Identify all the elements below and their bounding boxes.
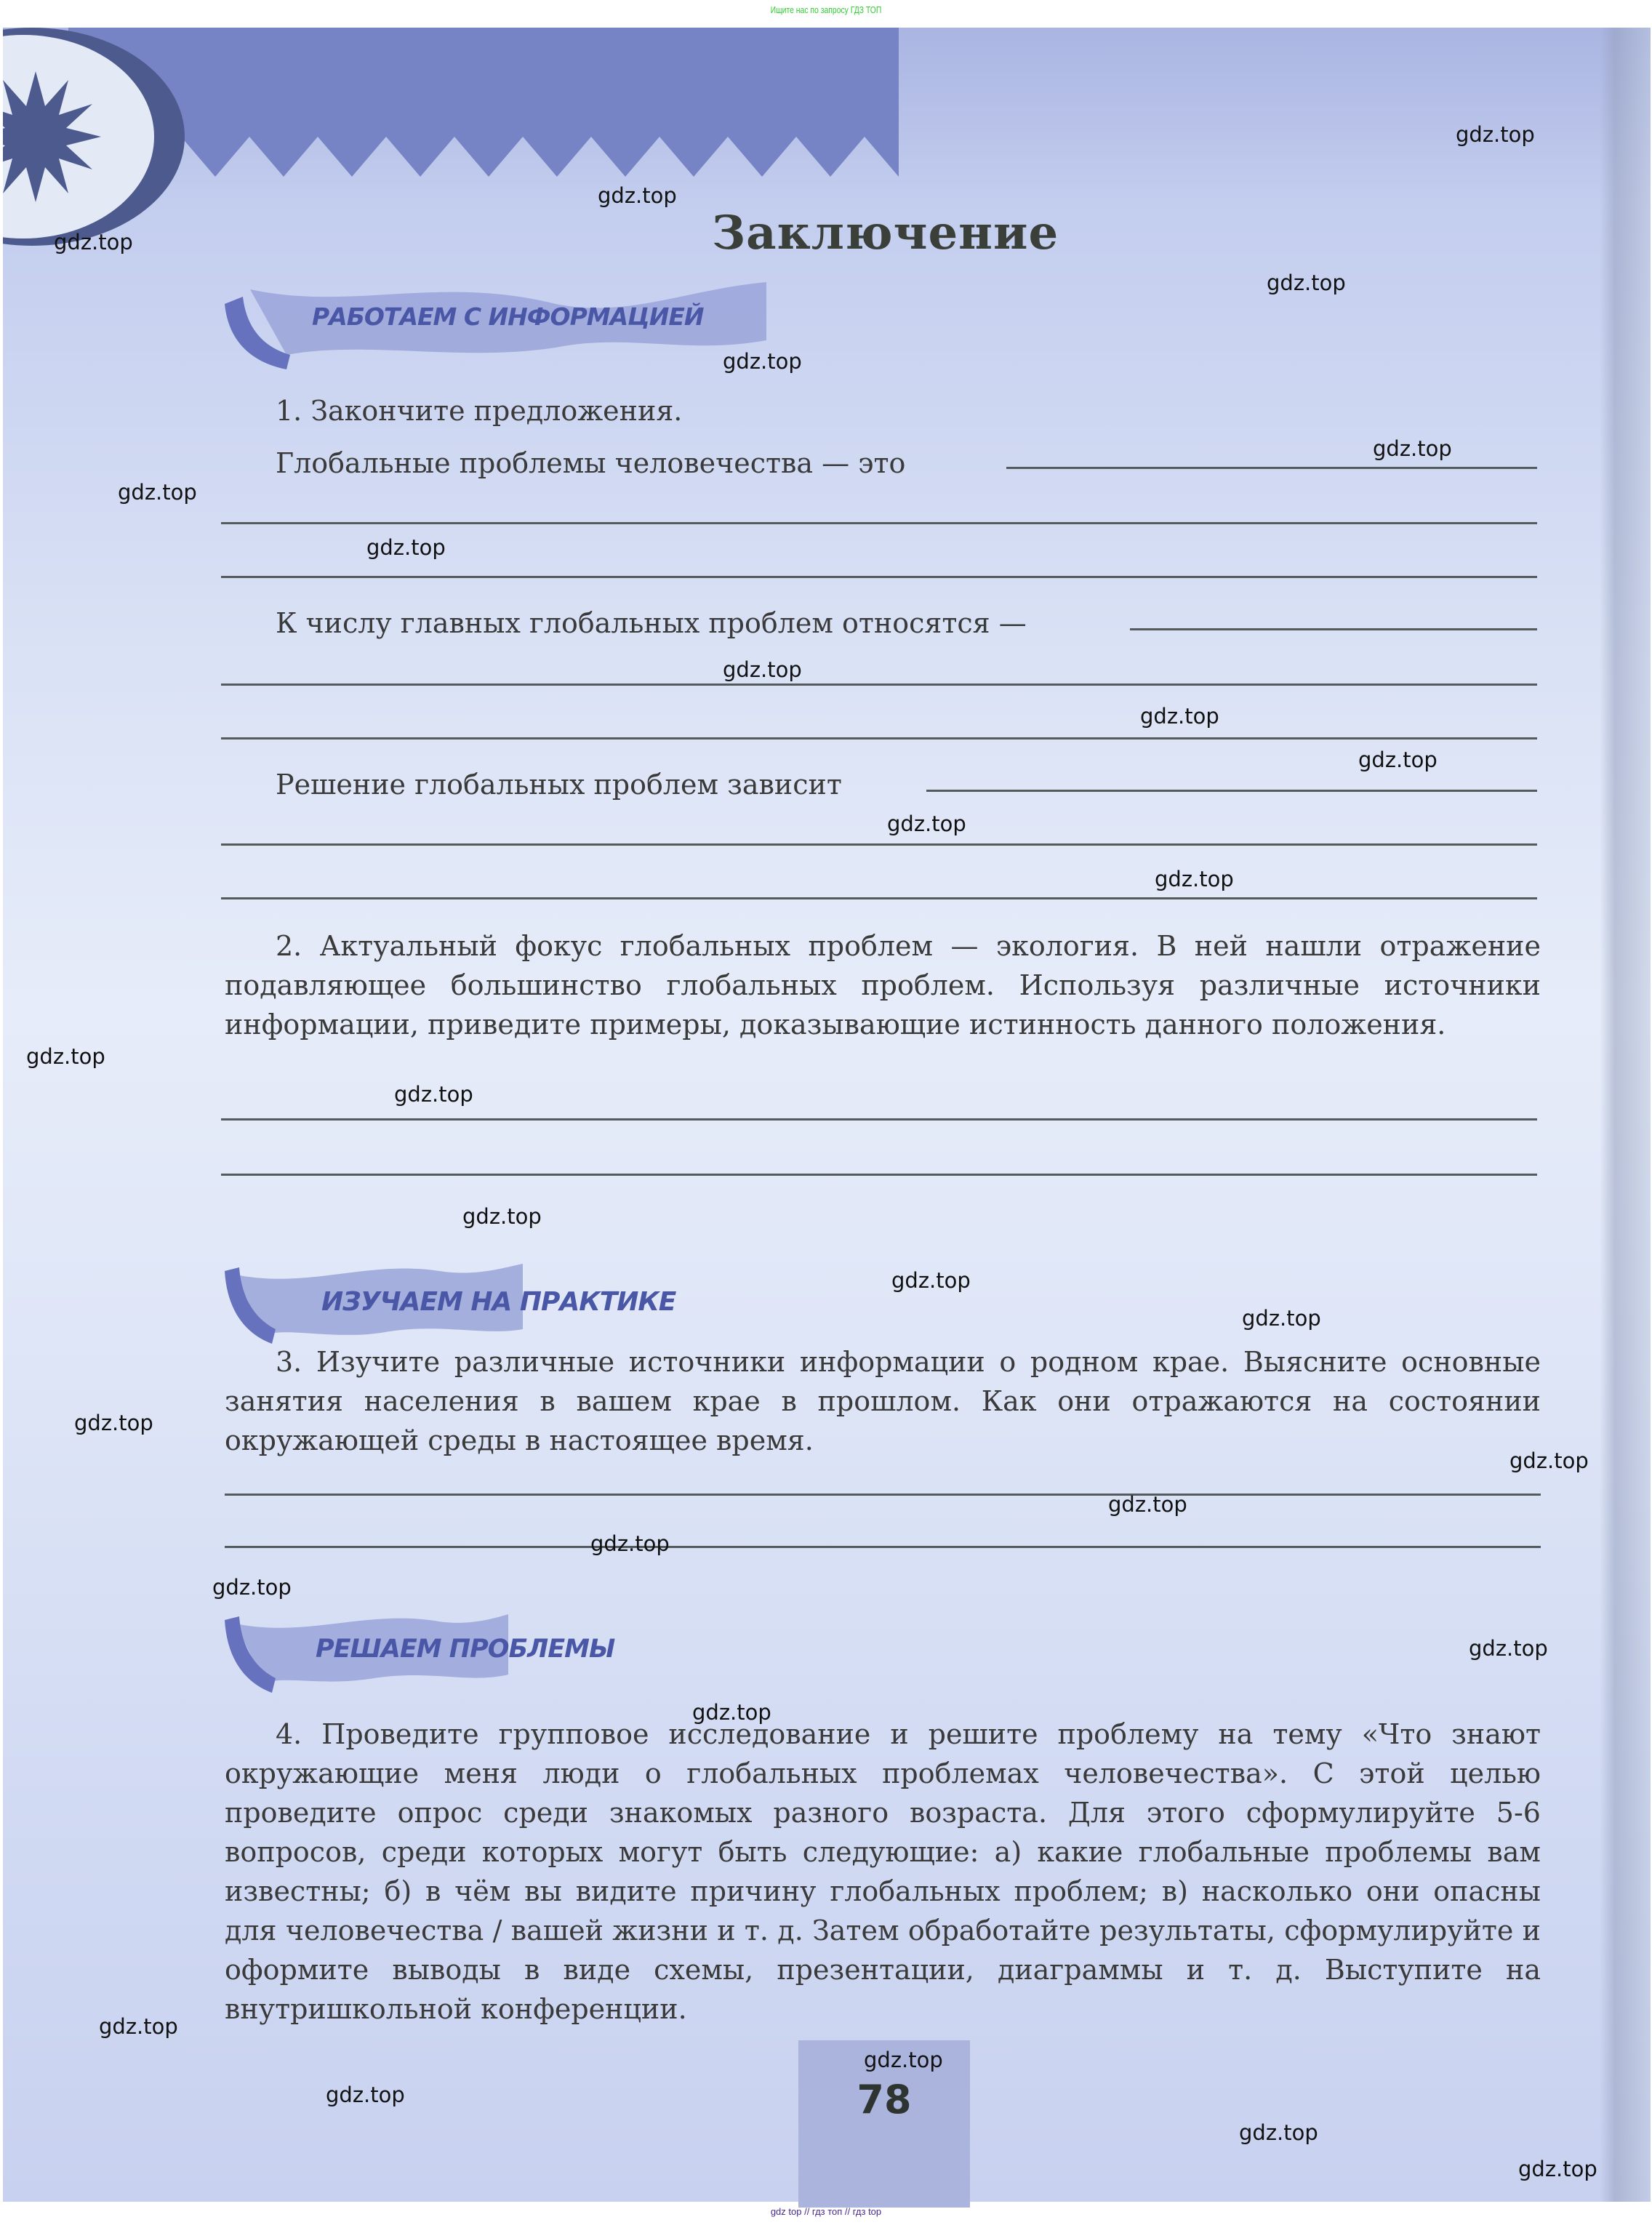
watermark: gdz.top bbox=[118, 480, 197, 505]
task-1-prompt-2: К числу главных глобальных проблем относ… bbox=[276, 604, 1027, 643]
section-heading-text: ИЗУЧАЕМ НА ПРАКТИКЕ bbox=[321, 1287, 675, 1317]
watermark: gdz.top bbox=[1373, 436, 1452, 461]
section-heading-practice: ИЗУЧАЕМ НА ПРАКТИКЕ bbox=[221, 1256, 526, 1351]
watermark: gdz.top bbox=[462, 1204, 542, 1229]
watermark: gdz.top bbox=[598, 183, 677, 208]
answer-line[interactable] bbox=[221, 576, 1537, 578]
answer-line[interactable] bbox=[221, 737, 1537, 739]
watermark: gdz.top bbox=[887, 811, 966, 836]
answer-line[interactable] bbox=[221, 843, 1537, 846]
answer-line[interactable] bbox=[221, 897, 1537, 899]
book-spine-shadow bbox=[1600, 28, 1651, 2202]
answer-line[interactable] bbox=[225, 1494, 1541, 1496]
answer-line[interactable] bbox=[221, 522, 1537, 524]
watermark: gdz.top bbox=[1456, 122, 1535, 147]
watermark: gdz.top bbox=[1518, 2157, 1597, 2181]
watermark: gdz.top bbox=[1108, 1492, 1187, 1517]
answer-line[interactable] bbox=[221, 683, 1537, 686]
answer-line[interactable] bbox=[926, 790, 1537, 792]
task-1-prompt-1: Глобальные проблемы человечества — это bbox=[276, 444, 905, 483]
answer-line[interactable] bbox=[221, 1118, 1537, 1120]
watermark: gdz.top bbox=[864, 2048, 943, 2072]
watermark: gdz.top bbox=[99, 2014, 178, 2039]
section-heading-text: РЕШАЕМ ПРОБЛЕМЫ bbox=[316, 1635, 614, 1664]
task-1-title: 1. Закончите предложения. bbox=[276, 391, 682, 430]
page-title: Заключение bbox=[712, 206, 1059, 260]
watermark: gdz.top bbox=[1267, 270, 1346, 295]
task-1-prompt-3: Решение глобальных проблем зависит bbox=[276, 765, 842, 804]
section-heading-solving-problems: РЕШАЕМ ПРОБЛЕМЫ bbox=[221, 1605, 512, 1700]
watermark: gdz.top bbox=[54, 230, 133, 254]
watermark: gdz.top bbox=[891, 1268, 971, 1293]
watermark: gdz.top bbox=[1140, 704, 1219, 729]
watermark: gdz.top bbox=[366, 535, 446, 560]
section-heading-text: РАБОТАЕМ С ИНФОРМАЦИЕЙ bbox=[312, 302, 704, 331]
watermark: gdz.top bbox=[723, 349, 802, 374]
watermark: gdz.top bbox=[326, 2082, 405, 2107]
page-number: 78 bbox=[798, 2077, 970, 2122]
watermark: gdz.top bbox=[212, 1575, 292, 1600]
watermark: gdz.top bbox=[1239, 2120, 1318, 2145]
watermark: gdz.top bbox=[74, 1411, 153, 1435]
watermark: gdz.top bbox=[1155, 867, 1234, 891]
watermark: gdz.top bbox=[1358, 747, 1438, 772]
top-bar: Ищите нас по запросу ГДЗ ТОП bbox=[0, 0, 1652, 25]
watermark: gdz.top bbox=[590, 1531, 670, 1556]
textbook-page: Заключение РАБОТАЕМ С ИНФОРМАЦИЕЙ 1. Зак… bbox=[3, 28, 1651, 2202]
watermark: gdz.top bbox=[1509, 1448, 1589, 1473]
answer-line[interactable] bbox=[1130, 628, 1537, 630]
answer-line[interactable] bbox=[225, 1546, 1541, 1548]
answer-line[interactable] bbox=[1006, 467, 1537, 469]
search-hint: Ищите нас по запросу ГДЗ ТОП bbox=[165, 4, 1487, 15]
watermark: gdz.top bbox=[26, 1044, 105, 1069]
task-2-text: 2. Актуальный фокус глобальных проблем —… bbox=[225, 926, 1541, 1044]
task-4-text: 4. Проведите групповое исследование и ре… bbox=[225, 1715, 1541, 2029]
watermark: gdz.top bbox=[1469, 1636, 1548, 1661]
section-heading-working-with-info: РАБОТАЕМ С ИНФОРМАЦИЕЙ bbox=[221, 275, 774, 377]
task-3-text: 3. Изучите различные источники информаци… bbox=[225, 1342, 1541, 1460]
watermark: gdz.top bbox=[394, 1082, 473, 1107]
answer-line[interactable] bbox=[221, 1174, 1537, 1176]
watermark: gdz.top bbox=[723, 657, 802, 682]
footer-links: gdz top // гдз топ // гдз top bbox=[0, 2206, 1652, 2217]
watermark: gdz.top bbox=[692, 1700, 771, 1725]
watermark: gdz.top bbox=[1242, 1306, 1321, 1331]
